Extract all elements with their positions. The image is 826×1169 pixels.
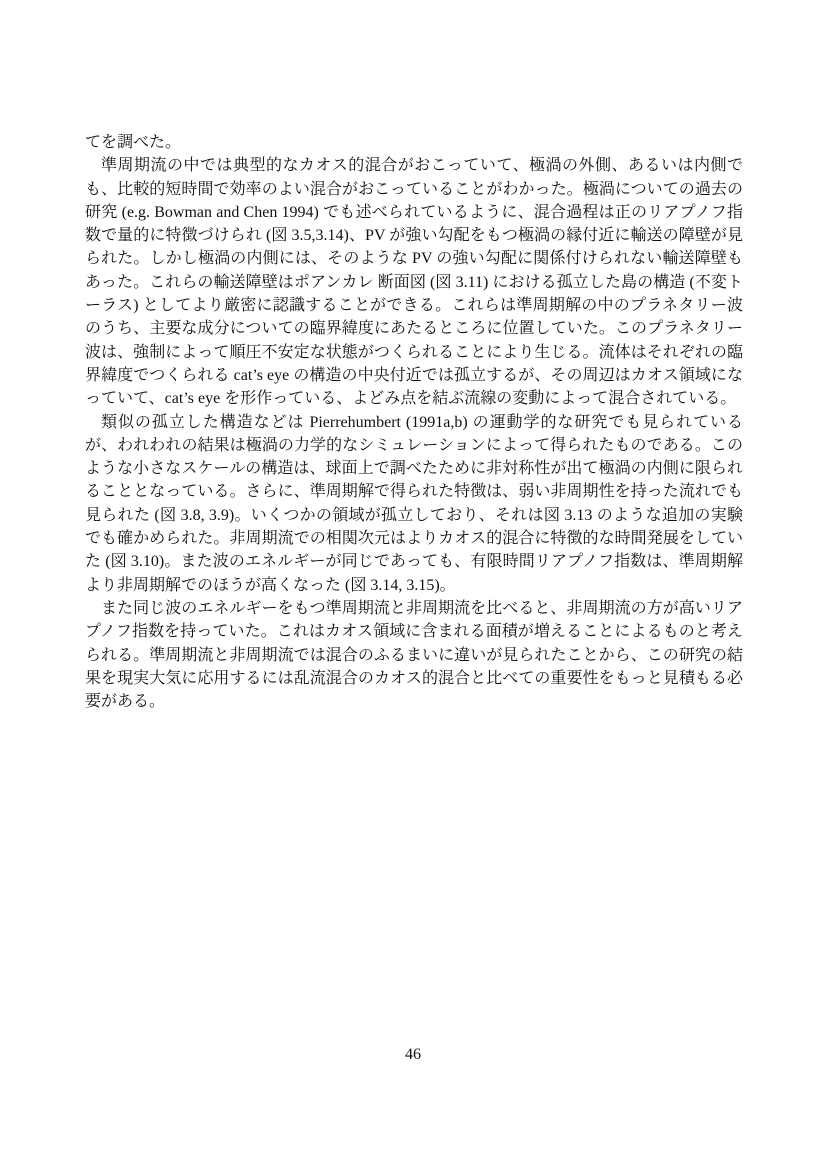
page-number: 46 (405, 1046, 421, 1063)
paragraph: てを調べた。 (85, 131, 743, 154)
body-text: てを調べた。 準周期流の中では典型的なカオス的混合がおこっていて、極渦の外側、あ… (85, 131, 743, 713)
paragraph: また同じ波のエネルギーをもつ準周期流と非周期流を比べると、非周期流の方が高いリア… (85, 597, 743, 713)
paragraph: 類似の孤立した構造などは Pierrehumbert (1991a,b) の運動… (85, 411, 743, 597)
paragraph: 準周期流の中では典型的なカオス的混合がおこっていて、極渦の外側、あるいは内側でも… (85, 154, 743, 410)
document-page: てを調べた。 準周期流の中では典型的なカオス的混合がおこっていて、極渦の外側、あ… (0, 0, 826, 1169)
page-footer: 46 (0, 1045, 826, 1065)
